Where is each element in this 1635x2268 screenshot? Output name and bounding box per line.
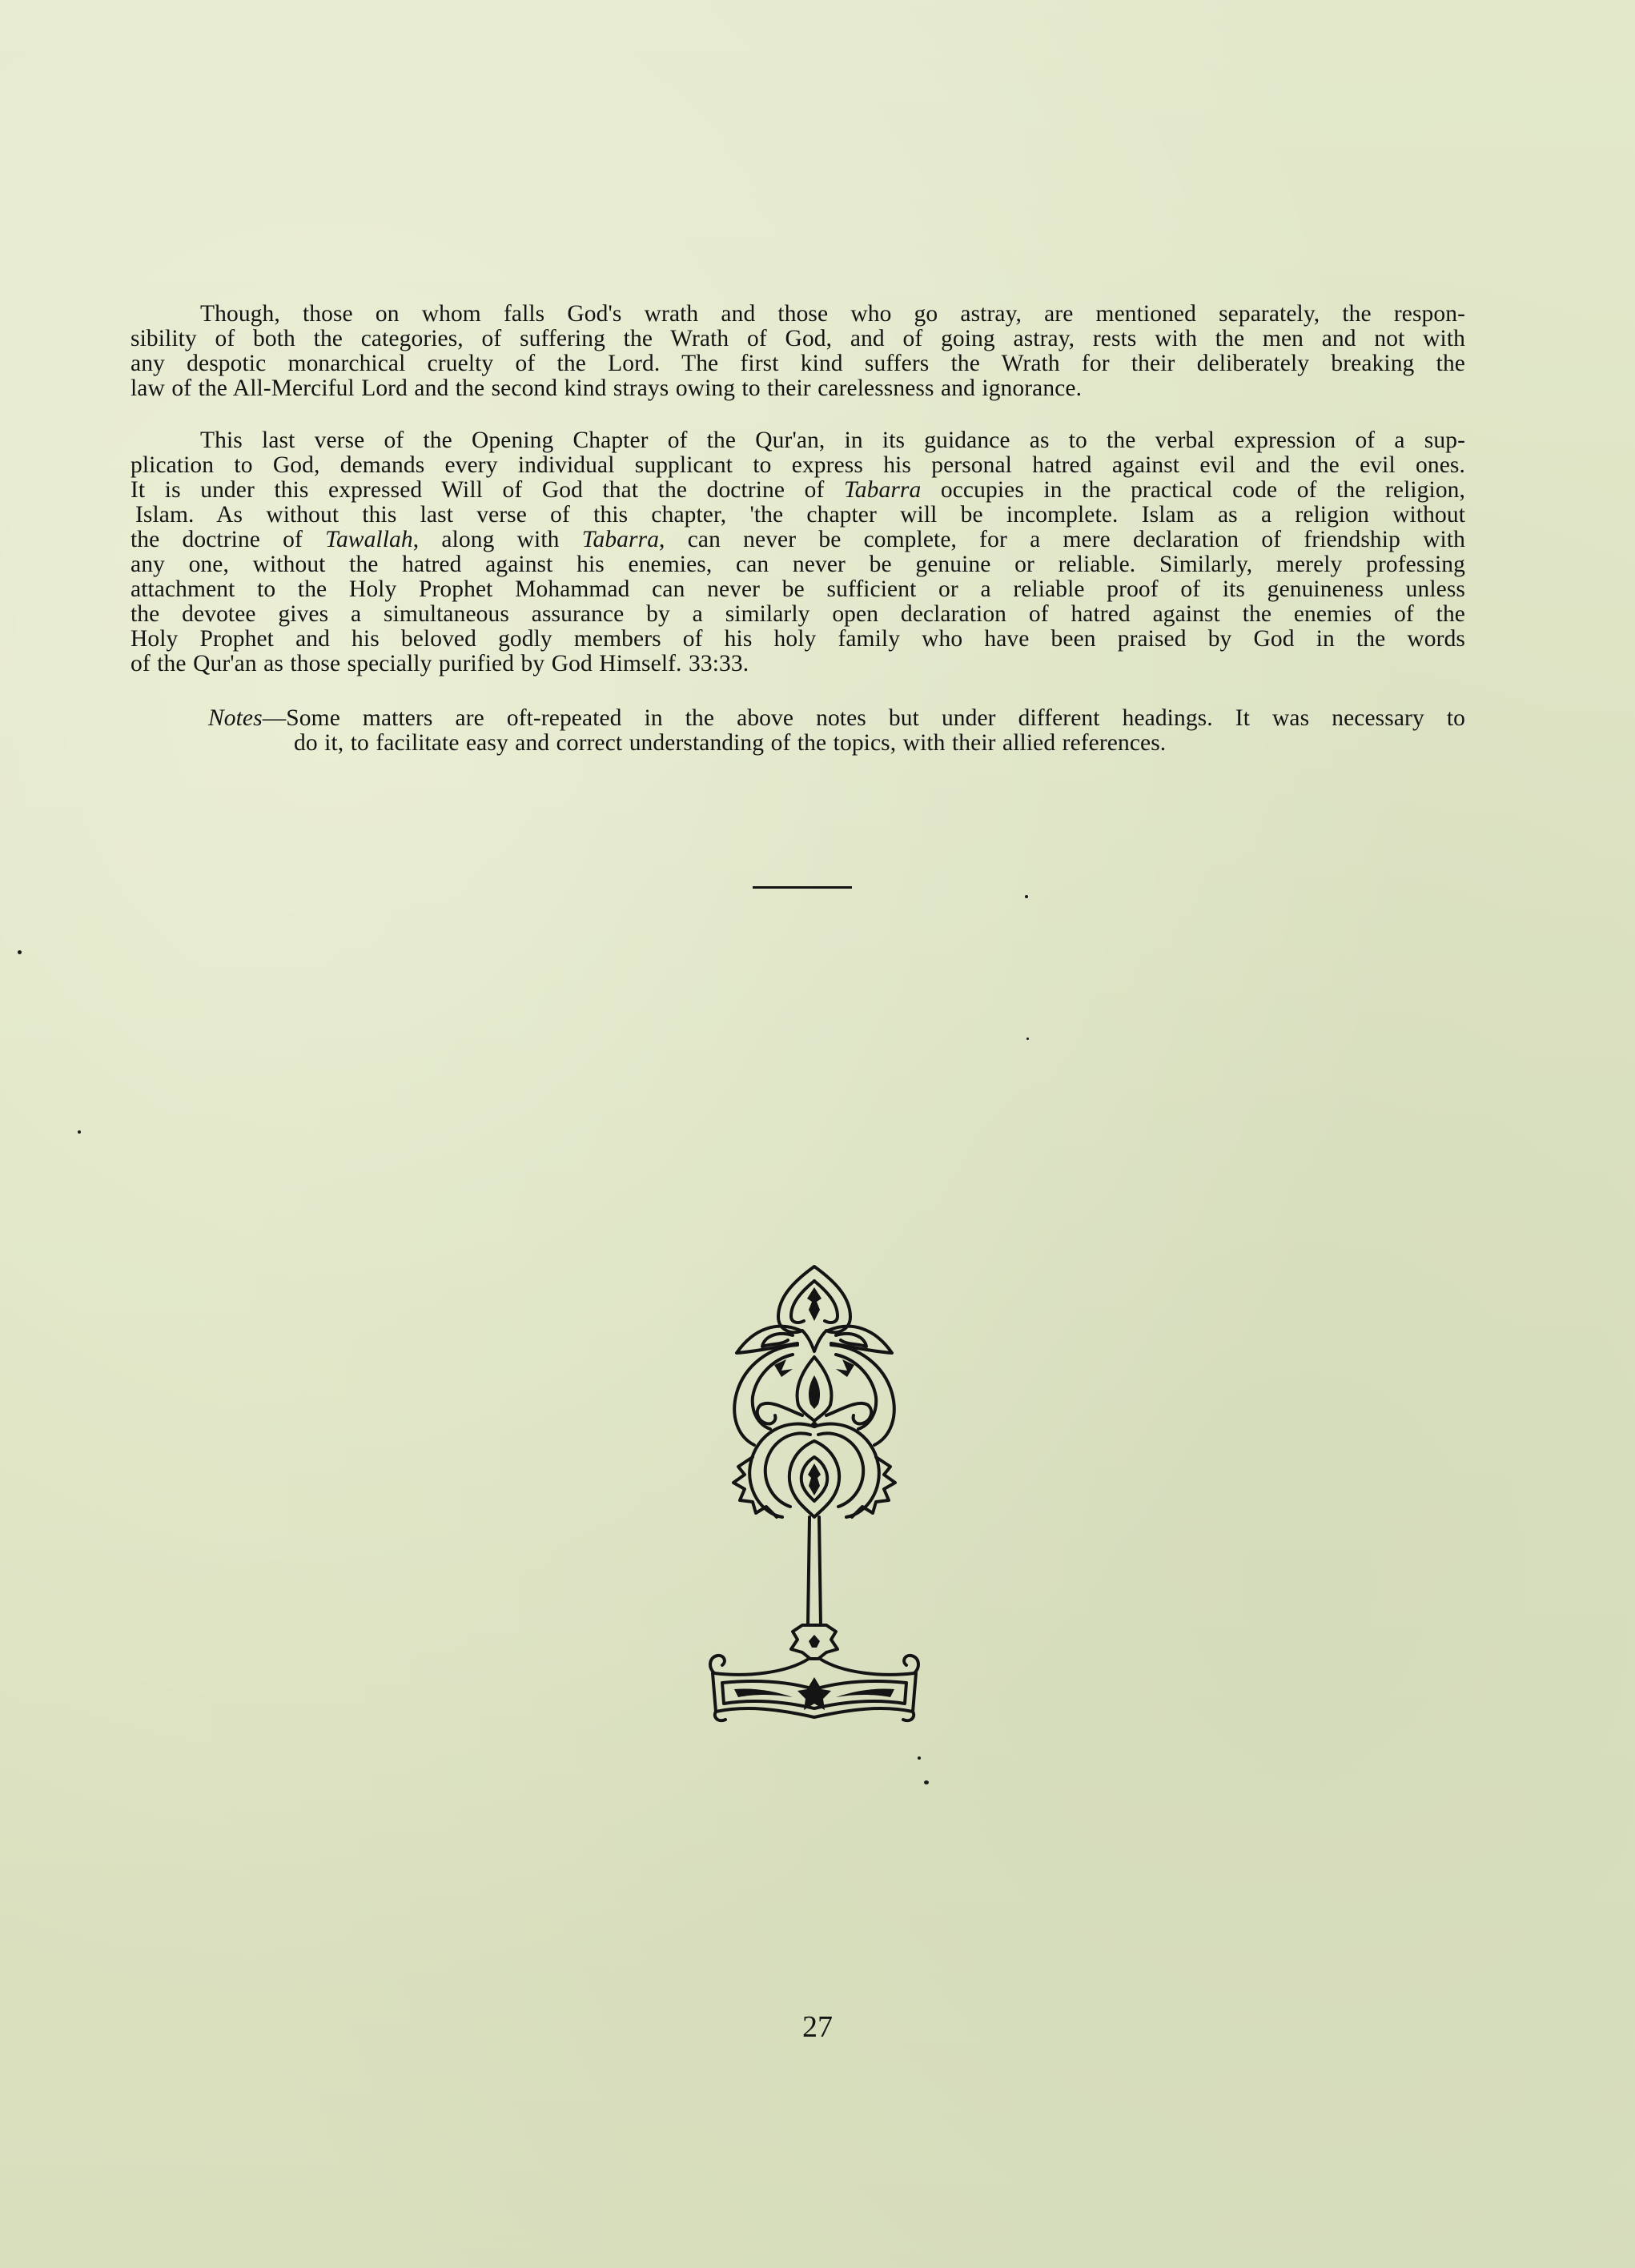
paragraph-wrath-and-astray: Though, those on whom falls God's wrath … — [131, 302, 1465, 401]
text-line: plication to God, demands every individu… — [131, 453, 1465, 478]
text-run: occupies in the practical code of the re… — [921, 477, 1465, 503]
text-line: of the Qur'an as those specially purifie… — [131, 652, 1465, 676]
text-line: Islam. As without this last verse of thi… — [131, 503, 1465, 528]
arabesque-ornament-icon — [698, 1257, 930, 1725]
paragraph-last-verse: This last verse of the Opening Chapter o… — [131, 428, 1465, 676]
section-separator-rule — [753, 886, 852, 889]
notes-label: Notes — [208, 705, 263, 731]
paper-speck — [924, 1780, 929, 1784]
document-page: Though, those on whom falls God's wrath … — [0, 0, 1635, 2268]
paper-speck — [1025, 895, 1028, 898]
term-tabarra: Tabarra — [844, 477, 921, 503]
text-run: , can never be complete, for a mere decl… — [659, 527, 1465, 552]
notes-paragraph: Notes—Some matters are oft-repeated in t… — [208, 706, 1465, 756]
text-line: Holy Prophet and his beloved godly membe… — [131, 627, 1465, 652]
term-tabarra: Tabarra — [582, 527, 659, 552]
page-number: 27 — [0, 2009, 1635, 2045]
text-run: —Some matters are oft-repeated in the ab… — [263, 705, 1465, 731]
text-line: It is under this expressed Will of God t… — [131, 478, 1465, 503]
paper-speck — [918, 1756, 921, 1760]
term-tawallah: Tawallah — [325, 527, 413, 552]
text-line: any one, without the hatred against his … — [131, 552, 1465, 577]
text-line: attachment to the Holy Prophet Mohammad … — [131, 577, 1465, 602]
text-line: Though, those on whom falls God's wrath … — [131, 302, 1465, 327]
text-line: This last verse of the Opening Chapter o… — [131, 428, 1465, 453]
paper-speck — [78, 1130, 81, 1134]
text-line: the doctrine of Tawallah, along with Tab… — [131, 528, 1465, 552]
text-run: , along with — [413, 527, 582, 552]
text-line: law of the All-Merciful Lord and the sec… — [131, 376, 1465, 401]
text-line: do it, to facilitate easy and correct un… — [208, 731, 1465, 756]
text-line: the devotee gives a simultaneous assuran… — [131, 602, 1465, 627]
text-line: sibility of both the categories, of suff… — [131, 327, 1465, 351]
paper-speck — [18, 950, 22, 954]
text-line: Notes—Some matters are oft-repeated in t… — [208, 706, 1465, 731]
text-run: It is under this expressed Will of God t… — [131, 477, 844, 503]
paper-speck — [1026, 1038, 1029, 1040]
text-line: any despotic monarchical cruelty of the … — [131, 351, 1465, 376]
text-run: the doctrine of — [131, 527, 325, 552]
